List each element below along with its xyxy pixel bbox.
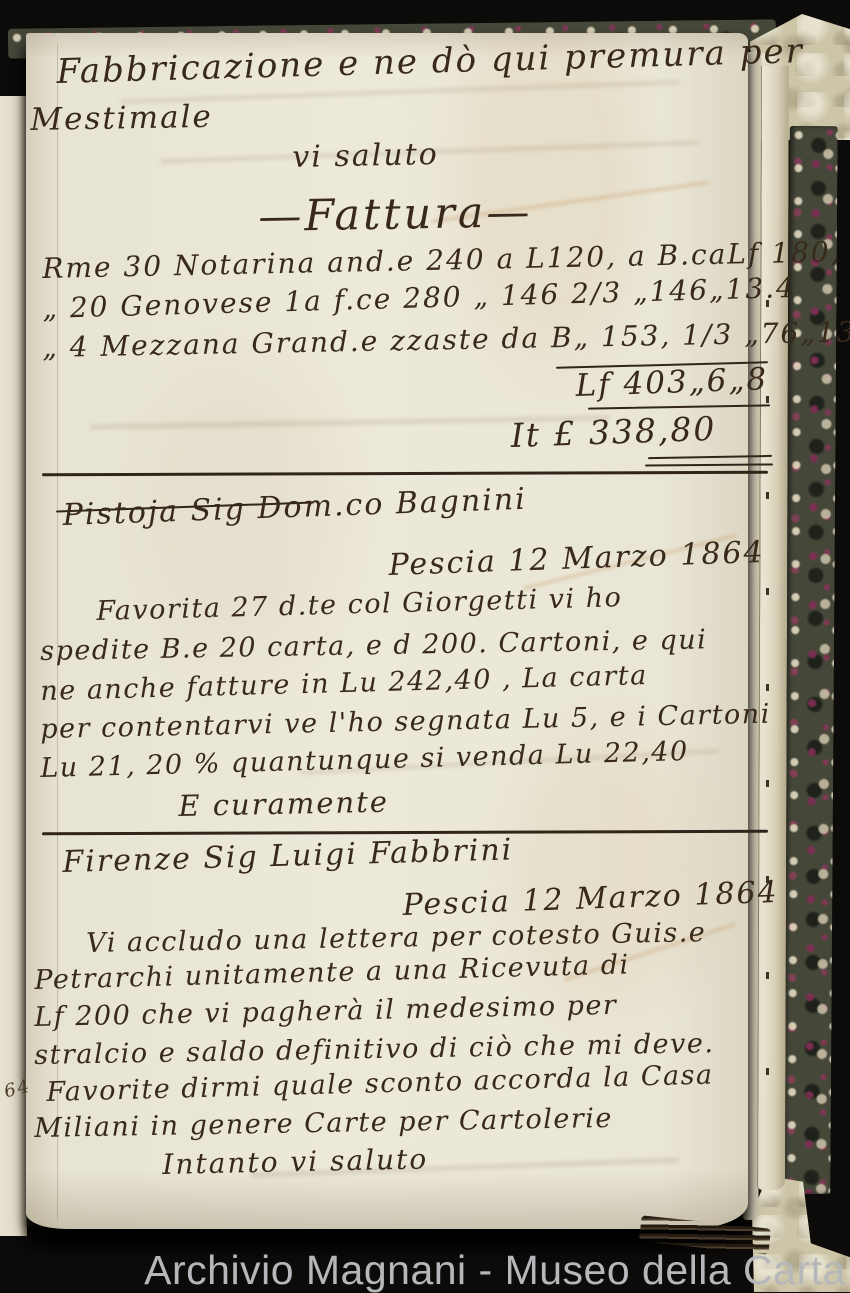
letter1-recipient-city: Pistoja bbox=[62, 494, 180, 533]
invoice-row-amount: 146„13.4 bbox=[649, 271, 796, 308]
invoice-heading: —Fattura— bbox=[258, 187, 533, 242]
memo-line-2: Mestimale bbox=[30, 99, 213, 138]
letter2-recipient-city: Firenze bbox=[62, 841, 192, 880]
letter1-closing: E curamente bbox=[178, 785, 389, 823]
archive-watermark-caption: Archivio Magnani - Museo della Carta bbox=[70, 1247, 850, 1293]
underpage-edge-2 bbox=[757, 66, 789, 1190]
invoice-total-lf: Lf 403„6„8 bbox=[575, 361, 769, 404]
invoice-row-amount: Lf 180, — bbox=[727, 234, 850, 270]
previous-page-edge bbox=[0, 96, 27, 1236]
invoice-row-amount: 76„13.4 bbox=[760, 315, 850, 350]
memo-salutation: vi saluto bbox=[292, 137, 439, 175]
letter2-closing: Intanto vi saluto bbox=[162, 1142, 429, 1181]
invoice-total-lire: It £ 338,80 bbox=[510, 409, 717, 455]
archival-photo: { "watermark": "Archivio Magnani - Museo… bbox=[0, 0, 850, 1293]
